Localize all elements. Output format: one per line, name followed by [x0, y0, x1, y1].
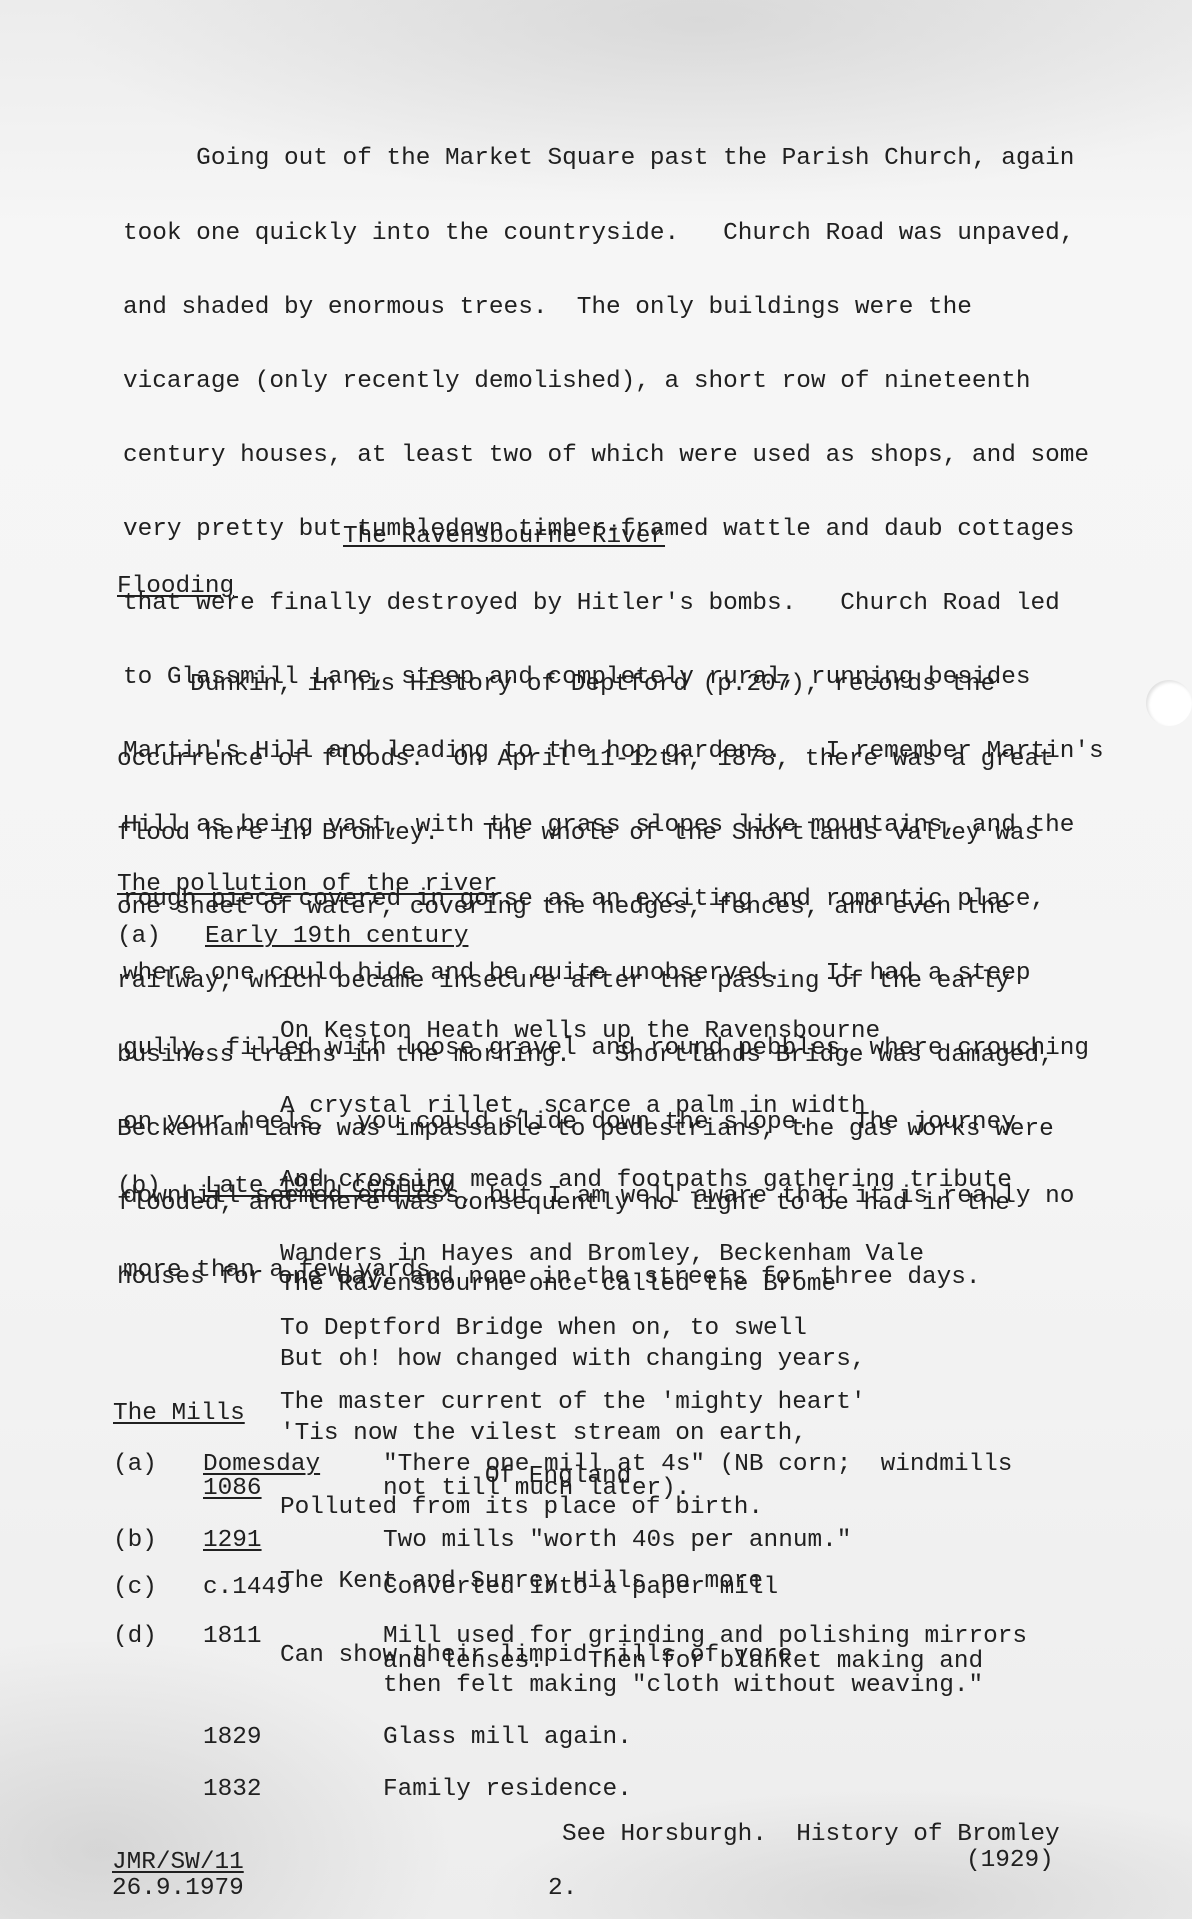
- subsection-marker-a: (a): [117, 925, 161, 950]
- intro-line: that were finally destroyed by Hitler's …: [123, 592, 1104, 617]
- page-number: 2.: [548, 1877, 577, 1902]
- hole-punch: [1146, 680, 1192, 726]
- intro-line: took one quickly into the countryside. C…: [123, 222, 1104, 247]
- poem-line: On Keston Heath wells up the Ravensbourn…: [280, 1020, 1012, 1045]
- mill-text: "There one mill at 4s" (NB corn; windmil…: [383, 1453, 1012, 1478]
- poem-line: A crystal rillet, scarce a palm in width: [280, 1095, 1012, 1120]
- flooding-line: one sheet of water, covering the hedges,…: [117, 896, 1054, 921]
- intro-line: vicarage (only recently demolished), a s…: [123, 370, 1104, 395]
- mills-heading: The Mills: [113, 1402, 245, 1427]
- mill-text: Two mills "worth 40s per annum.": [383, 1529, 851, 1554]
- mill-text: Family residence.: [383, 1778, 632, 1803]
- mill-text: then felt making "cloth without weaving.…: [383, 1674, 983, 1699]
- intro-line: century houses, at least two of which we…: [123, 444, 1104, 469]
- document-reference-code: JMR/SW/11: [112, 1851, 244, 1876]
- poem-line: But oh! how changed with changing years,: [280, 1348, 865, 1373]
- mill-text: not till much later).: [383, 1477, 690, 1502]
- pollution-heading: The pollution of the river: [117, 873, 498, 898]
- mill-marker: (c): [113, 1576, 157, 1601]
- subsection-marker-b: (b): [117, 1175, 161, 1200]
- mill-date: 1829: [203, 1726, 262, 1751]
- mill-date: 1291: [203, 1529, 262, 1554]
- reference-citation: See Horsburgh. History of Bromley: [562, 1823, 1060, 1848]
- subsection-title-early: Early 19th century: [205, 925, 468, 950]
- mill-date: c.1449: [203, 1576, 291, 1601]
- mill-marker: (a): [113, 1453, 157, 1478]
- mill-text: Glass mill again.: [383, 1726, 632, 1751]
- mill-date: Domesday: [203, 1453, 320, 1478]
- poem-line: The Ravensbourne once called the Brome: [280, 1273, 865, 1298]
- flooding-line: flood here in Bromley. The whole of the …: [117, 822, 1054, 847]
- poem-line: 'Tis now the vilest stream on earth,: [280, 1422, 865, 1447]
- flooding-line: occurrence of floods. On April 11-12th, …: [117, 748, 1054, 773]
- subsection-title-late: Late 19th century: [205, 1175, 454, 1200]
- mill-marker: (d): [113, 1625, 157, 1650]
- mill-date: 1811: [203, 1625, 262, 1650]
- mill-text: and lenses. Then for blanket making and: [383, 1650, 983, 1675]
- document-date: 26.9.1979: [112, 1877, 244, 1902]
- mill-marker: (b): [113, 1529, 157, 1554]
- mill-date: 1832: [203, 1778, 262, 1803]
- section-title: The Ravensbourne River: [343, 525, 665, 550]
- mill-text: Converted into a paper mill: [383, 1576, 778, 1601]
- flooding-line: Dunkin, in his History of Deptford (p.20…: [117, 673, 1054, 698]
- flooding-heading: Flooding: [117, 575, 234, 600]
- mill-date: 1086: [203, 1477, 262, 1502]
- intro-line: and shaded by enormous trees. The only b…: [123, 296, 1104, 321]
- intro-line: Going out of the Market Square past the …: [123, 147, 1104, 172]
- reference-year: (1929): [966, 1849, 1054, 1874]
- mill-text: Mill used for grinding and polishing mir…: [383, 1625, 1027, 1650]
